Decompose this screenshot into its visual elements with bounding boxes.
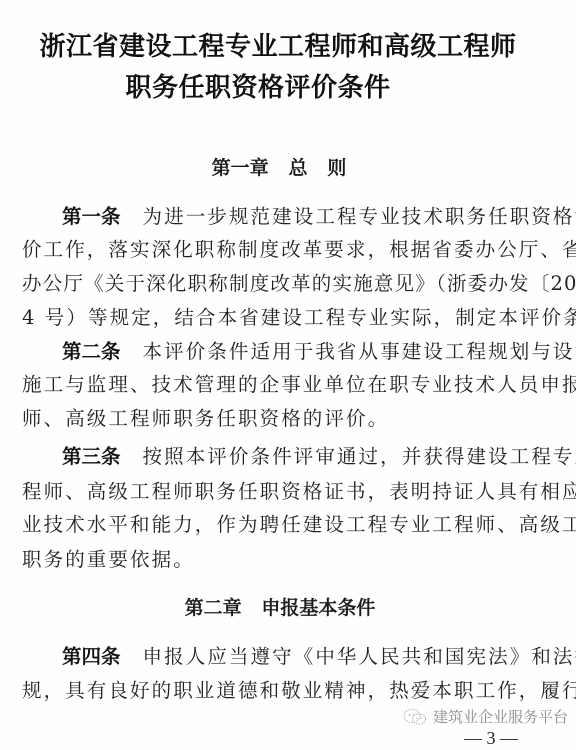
article-2-text: 本评价条件适用于我省从事建设工程规划与设计、 <box>143 340 576 363</box>
article-3-line-4: 职务的重要依据。 <box>22 548 542 572</box>
article-3-text: 按照本评价条件评审通过，并获得建设工程专业工 <box>143 445 576 468</box>
article-1-label: 第一条 <box>62 205 121 228</box>
watermark: 建筑业企业服务平台 <box>403 708 568 726</box>
article-3-label: 第三条 <box>62 445 121 468</box>
wechat-icon <box>403 708 427 726</box>
document-title-line-1: 浙江省建设工程专业工程师和高级工程师 <box>0 32 566 62</box>
article-3-line-1: 第三条按照本评价条件评审通过，并获得建设工程专业工 <box>62 445 576 469</box>
article-2-line-2: 施工与监理、技术管理的企事业单位在职专业技术人员申报工程 <box>22 373 542 397</box>
article-1-line-1: 第一条为进一步规范建设工程专业技术职务任职资格评 <box>62 205 576 229</box>
article-1-text: 为进一步规范建设工程专业技术职务任职资格评 <box>143 205 576 228</box>
watermark-text: 建筑业企业服务平台 <box>433 708 568 726</box>
article-4-label: 第四条 <box>62 645 121 668</box>
chapter-1-heading: 第一章 总 则 <box>0 156 567 180</box>
article-2-line-1: 第二条本评价条件适用于我省从事建设工程规划与设计、 <box>62 340 576 364</box>
article-4-text: 申报人应当遵守《中华人民共和国宪法》和法律法 <box>143 645 576 668</box>
page-number: — 3 — <box>464 728 518 748</box>
article-1-line-4: 4 号）等规定，结合本省建设工程专业实际，制定本评价条件。 <box>22 306 542 330</box>
document-page: 浙江省建设工程专业工程师和高级工程师 职务任职资格评价条件 第一章 总 则 第一… <box>0 0 576 750</box>
document-title-line-2: 职务任职资格评价条件 <box>0 73 546 103</box>
article-3-line-3: 业技术水平和能力，作为聘任建设工程专业工程师、高级工程师 <box>22 513 542 537</box>
article-1-line-2: 价工作，落实深化职称制度改革要求，根据省委办公厅、省政府 <box>22 238 542 262</box>
article-4-line-2: 规，具有良好的职业道德和敬业精神，热爱本职工作，履行岗位 <box>22 679 542 703</box>
article-2-label: 第二条 <box>62 340 121 363</box>
chapter-2-heading: 第二章 申报基本条件 <box>0 596 568 620</box>
article-1-line-3: 办公厅《关于深化职称制度改革的实施意见》（浙委办发〔2018〕 <box>22 272 542 296</box>
article-4-line-1: 第四条申报人应当遵守《中华人民共和国宪法》和法律法 <box>62 645 576 669</box>
article-3-line-2: 程师、高级工程师职务任职资格证书，表明持证人具有相应的专 <box>22 480 542 504</box>
article-2-line-3: 师、高级工程师职务任职资格的评价。 <box>22 407 542 431</box>
